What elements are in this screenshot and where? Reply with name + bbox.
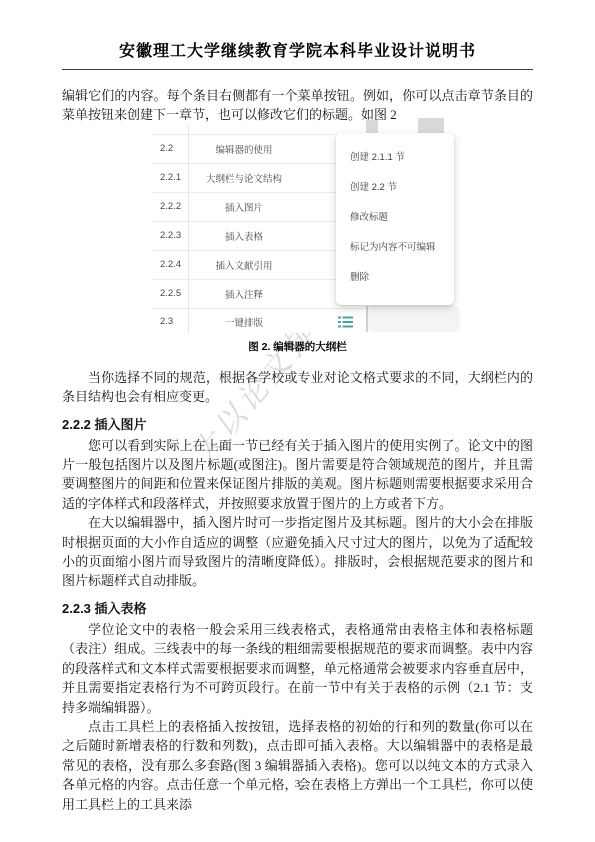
outline-row-number: 2.2.5 — [152, 288, 188, 299]
paragraph: 学位论文中的表格一般会采用三线表格式，表格通常由表格主体和表格标题（表注）组成。… — [62, 620, 533, 717]
outline-row-title: 编辑器的使用 — [188, 142, 300, 156]
paragraph: 点击工具栏上的表格插入按按钮，选择表格的初始的行和列的数量(你可以在之后随时新增… — [62, 717, 533, 814]
paragraph: 在大以编辑器中，插入图片时可一步指定图片及其标题。图片的大小会在排版时根据页面的… — [62, 513, 533, 591]
background-ui-fragment — [366, 306, 368, 332]
paragraph: 您可以看到实际上在上面一节已经有关于插入图片的使用实例了。论文中的图片一般包括图… — [62, 436, 533, 514]
paragraph: 当你选择不同的规范，根据各学校或专业对论文格式要求的不同，大纲栏内的条目结构也会… — [62, 368, 533, 407]
outline-row-number: 2.2.4 — [152, 259, 188, 270]
context-menu: 创建 2.1.1 节 创建 2.2 节 修改标题 标记为内容不可编辑 删除 — [336, 133, 454, 305]
outline-row-title: 插入图片 — [188, 200, 300, 214]
column-divider — [188, 125, 189, 333]
figure-caption: 图 2. 编辑器的大纲栏 — [62, 339, 533, 354]
outline-row-number: 2.2 — [152, 143, 188, 154]
section-heading-insert-image: 2.2.2 插入图片 — [62, 415, 533, 434]
document-page: 大以论文排版 安徽理工大学继续教育学院本科毕业设计说明书 编辑它们的内容。每个条… — [0, 0, 595, 842]
menu-item-delete: 删除 — [336, 263, 454, 293]
background-ui-fragment — [418, 118, 444, 133]
paragraph: 编辑它们的内容。每个条目右侧都有一个菜单按钮。例如，你可以点击章节条目的菜单按钮… — [62, 86, 533, 125]
outline-row-number: 2.2.2 — [152, 201, 188, 212]
outline-row-title: 插入注释 — [188, 287, 300, 301]
outline-row-number: 2.2.3 — [152, 230, 188, 241]
outline-row-number: 2.3 — [152, 316, 188, 327]
menu-item-rename: 修改标题 — [336, 203, 454, 233]
outline-row-number: 2.2.1 — [152, 172, 188, 183]
background-ui-fragment — [369, 306, 459, 330]
outline-row-title: 一键排版 — [188, 315, 300, 329]
section-heading-insert-table: 2.2.3 插入表格 — [62, 599, 533, 618]
outline-row-title: 插入文献引用 — [188, 258, 300, 272]
outline-row-title: 大纲栏与论文结构 — [188, 171, 300, 185]
format-list-icon — [338, 316, 353, 328]
menu-item-mark-readonly: 标记为内容不可编辑 — [336, 233, 454, 263]
menu-item-create-subsection: 创建 2.1.1 节 — [336, 143, 454, 173]
background-ui-fragment — [366, 120, 378, 134]
menu-item-create-section: 创建 2.2 节 — [336, 173, 454, 203]
outline-row-title: 插入表格 — [188, 229, 300, 243]
page-header-title: 安徽理工大学继续教育学院本科毕业设计说明书 — [62, 38, 533, 70]
figure-2-image: 2.2 编辑器的使用 2.2.1 大纲栏与论文结构 2.2.2 插入图片 2.2… — [150, 125, 462, 337]
